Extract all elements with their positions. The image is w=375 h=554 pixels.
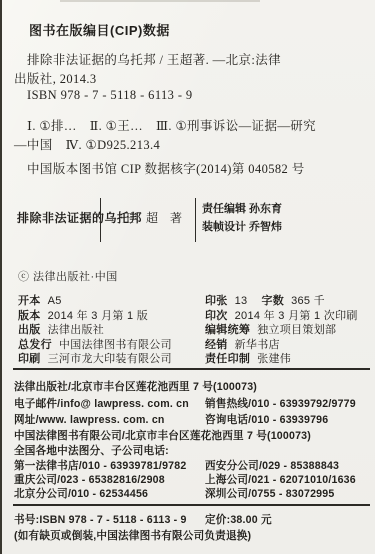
colophon-label: 责任印制	[205, 353, 250, 365]
branch-left: 重庆公司/023 - 65382816/2908	[14, 474, 165, 486]
colophon-row-publisher: 出版法律出版社	[18, 323, 172, 338]
colophon-value: 新华书店	[235, 339, 280, 351]
sales-hotline: 销售热线/010 - 63939792/9779	[205, 396, 356, 411]
divider-horizontal	[13, 504, 370, 506]
colophon-row-printer: 印刷三河市龙大印装有限公司	[18, 352, 172, 367]
divider-vertical	[195, 198, 196, 242]
branch-phones-note: 全国各地中法图分、子公司电话:	[14, 443, 169, 458]
colophon-label: 印次	[205, 310, 228, 322]
price: 定价:38.00 元	[205, 512, 272, 527]
colophon-value: 2014 年 3 月第 1 版	[48, 310, 149, 322]
cip-title-line: 排除非法证据的乌托邦 / 王超著. —北京:法律	[27, 50, 281, 68]
colophon-value: 中国法律图书有限公司	[59, 339, 172, 351]
publisher-website: 网址/www. lawpress. com. cn	[14, 414, 165, 426]
publisher-address: 法律出版社/北京市丰台区莲花池西里 7 号(100073)	[14, 379, 257, 394]
colophon-right-column: 印张13字数365 千 印次2014 年 3 月第 1 次印刷 编辑统筹独立项目…	[205, 294, 358, 367]
colophon-label: 编辑统筹	[205, 324, 250, 336]
colophon-value: 法律出版社	[48, 324, 105, 336]
copyright-page: 图书在版编目(CIP)数据 排除非法证据的乌托邦 / 王超著. —北京:法律 出…	[0, 0, 375, 554]
cip-record-number: 中国版本图书馆 CIP 数据核字(2014)第 040582 号	[27, 159, 305, 177]
cip-isbn: ISBN 978 - 7 - 5118 - 6113 - 9	[27, 88, 193, 103]
colophon-label: 字数	[261, 295, 284, 307]
editor-block: 责任编辑 孙东育 装帧设计 乔智炜	[202, 200, 282, 236]
cip-header: 图书在版编目(CIP)数据	[29, 20, 170, 39]
colophon-label: 经销	[205, 339, 228, 351]
cip-publisher-line: 出版社, 2014.3	[14, 69, 97, 87]
binding-designer: 装帧设计 乔智炜	[202, 218, 282, 236]
cip-classification-line1: Ⅰ. ①排… Ⅱ. ①王… Ⅲ. ①刑事诉讼—证据—研究	[27, 116, 316, 134]
divider-vertical	[100, 198, 101, 242]
colophon-value: 2014 年 3 月第 1 次印刷	[235, 310, 358, 322]
contact-row: 电子邮件/info@ lawpress. com. cn 销售热线/010 - …	[14, 396, 371, 411]
colophon-label: 出版	[18, 324, 41, 336]
branch-row: 第一法律书店/010 - 63939781/9782 西安分公司/029 - 8…	[14, 458, 371, 473]
divider-horizontal	[13, 368, 370, 370]
colophon-value: 张建伟	[257, 353, 291, 365]
inquiry-phone: 咨询电话/010 - 63939796	[205, 412, 328, 427]
colophon-value: 三河市龙大印装有限公司	[48, 353, 172, 365]
colophon-value: 独立项目策划部	[257, 324, 336, 336]
colophon-row-format: 开本A5	[18, 294, 172, 309]
colophon-label: 总发行	[18, 339, 52, 351]
colophon-row-coordinator: 编辑统筹独立项目策划部	[205, 323, 358, 338]
publisher-email: 电子邮件/info@ lawpress. com. cn	[14, 398, 189, 410]
colophon-label: 开本	[18, 295, 41, 307]
responsible-editor: 责任编辑 孙东育	[202, 200, 282, 218]
branch-right: 深圳公司/0755 - 83072995	[205, 486, 334, 501]
branch-left: 北京分公司/010 - 62534456	[14, 488, 148, 500]
colophon-row-sheets-words: 印张13字数365 千	[205, 294, 358, 309]
return-policy-note: (如有缺页或倒装,中国法律图书有限公司负责退换)	[14, 528, 251, 543]
author-name: 王 超 著	[112, 209, 192, 226]
branch-right: 西安分公司/029 - 85388843	[205, 458, 339, 473]
scan-artifact	[60, 0, 260, 2]
branch-left: 第一法律书店/010 - 63939781/9782	[14, 460, 186, 472]
colophon-value: 365 千	[291, 295, 325, 307]
branch-row: 北京分公司/010 - 62534456 深圳公司/0755 - 8307299…	[14, 486, 371, 501]
colophon-row-printing: 印次2014 年 3 月第 1 次印刷	[205, 309, 358, 324]
branch-row: 重庆公司/023 - 65382816/2908 上海公司/021 - 6207…	[14, 472, 371, 487]
colophon-row-seller: 经销新华书店	[205, 338, 358, 353]
colophon-label: 印张	[205, 295, 228, 307]
colophon-label: 印刷	[18, 353, 41, 365]
scan-edge	[0, 0, 2, 554]
distributor-address: 中国法律图书有限公司/北京市丰台区莲花池西里 7 号(100073)	[14, 428, 311, 443]
colophon-row-print-supervisor: 责任印制张建伟	[205, 352, 358, 367]
isbn-price-row: 书号:ISBN 978 - 7 - 5118 - 6113 - 9 定价:38.…	[14, 512, 371, 527]
colophon-row-distributor: 总发行中国法律图书有限公司	[18, 338, 172, 353]
copyright-line: ⓒ 法律出版社·中国	[18, 268, 118, 284]
book-number: 书号:ISBN 978 - 7 - 5118 - 6113 - 9	[14, 514, 187, 526]
branch-right: 上海公司/021 - 62071010/1636	[205, 472, 356, 487]
colophon-value: 13	[235, 295, 248, 307]
cip-classification-line2: —中国 Ⅳ. ①D925.213.4	[14, 135, 160, 153]
colophon-row-edition: 版本2014 年 3 月第 1 版	[18, 309, 172, 324]
colophon-value: A5	[48, 295, 62, 307]
colophon-left-column: 开本A5 版本2014 年 3 月第 1 版 出版法律出版社 总发行中国法律图书…	[18, 294, 172, 367]
contact-row: 网址/www. lawpress. com. cn 咨询电话/010 - 639…	[14, 412, 371, 427]
colophon-label: 版本	[18, 310, 41, 322]
title-bar: 排除非法证据的乌托邦 王 超 著 责任编辑 孙东育 装帧设计 乔智炜	[0, 196, 375, 244]
